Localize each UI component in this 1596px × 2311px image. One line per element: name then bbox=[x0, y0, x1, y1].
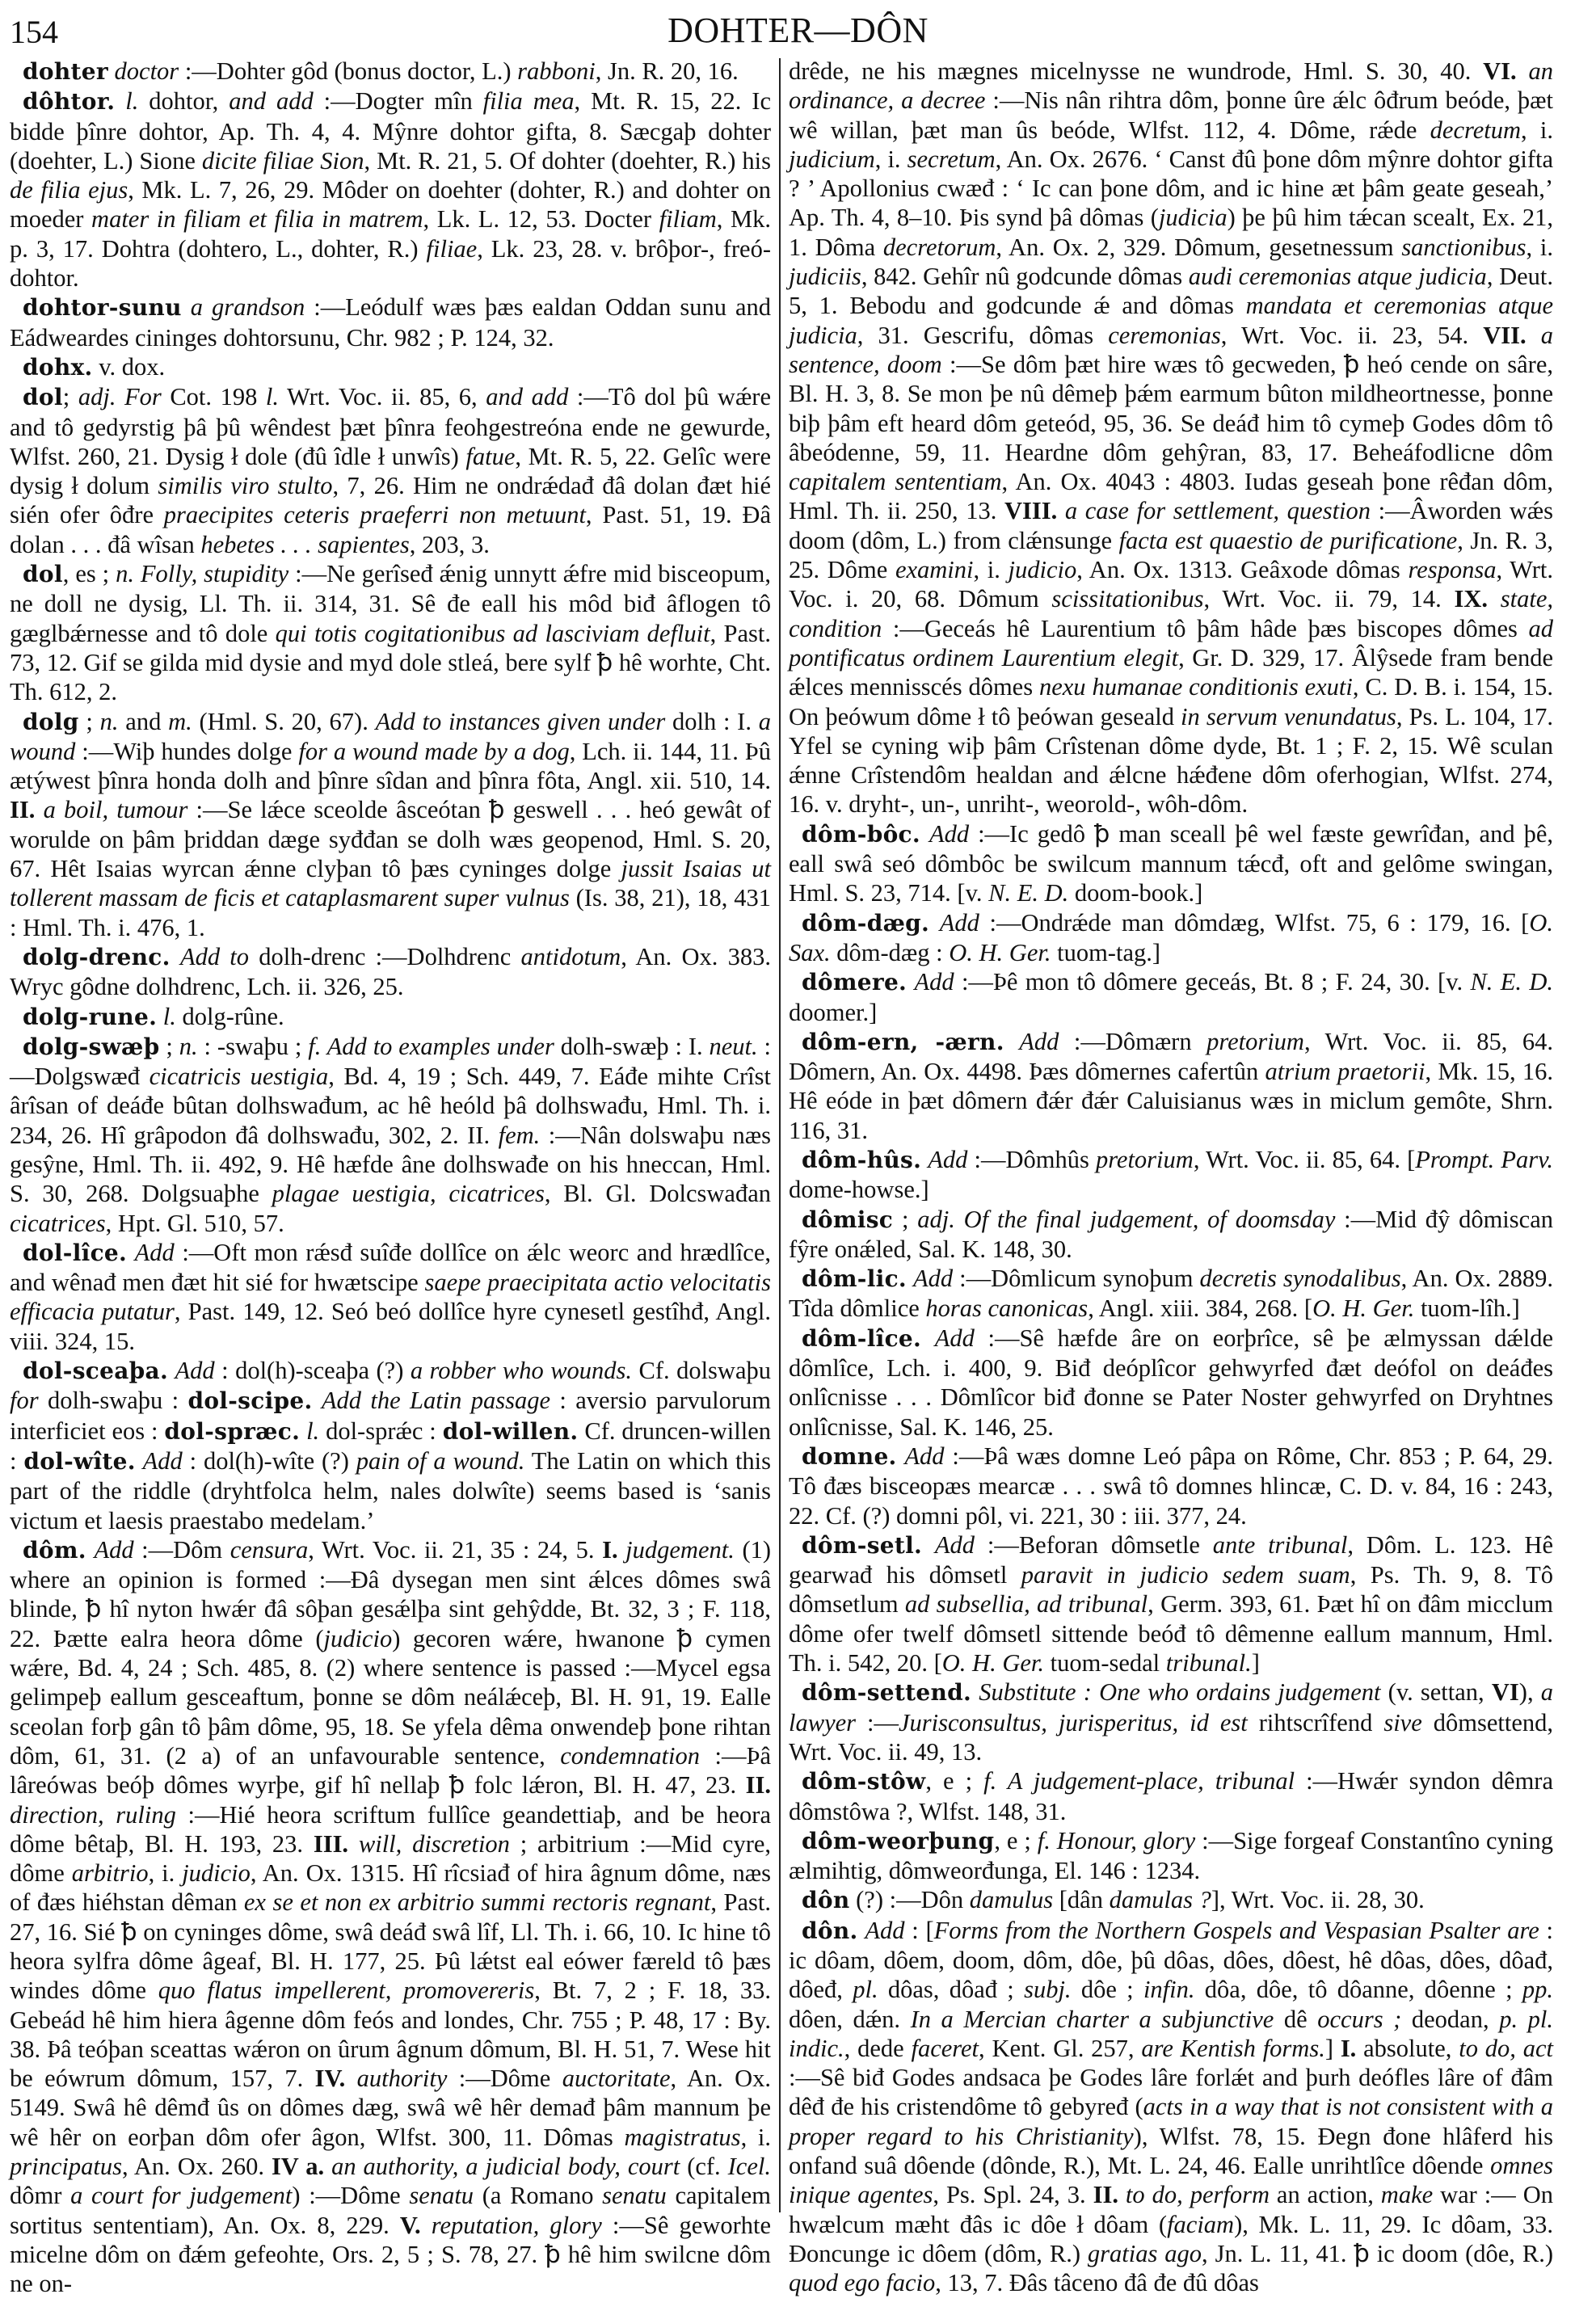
italic-text: decretis synodalibus bbox=[1199, 1265, 1400, 1292]
italic-text: damulas ? bbox=[1110, 1886, 1211, 1913]
body-text bbox=[971, 1678, 979, 1706]
headword: dôm-lic. bbox=[802, 1265, 907, 1292]
body-text: Wrt. Voc. ii. 85, 6, bbox=[279, 383, 486, 410]
dictionary-entry: dohter doctor :—Dohter gôd (bonus doctor… bbox=[10, 57, 771, 86]
sense-number: IV a. bbox=[272, 2153, 324, 2180]
sense-number: III. bbox=[314, 1830, 348, 1858]
headword: dol-lîce. bbox=[23, 1240, 127, 1266]
italic-text: examini bbox=[895, 556, 974, 583]
italic-text: Add to bbox=[180, 943, 249, 970]
headword: dôm-dæg. bbox=[802, 910, 929, 937]
sense-number: VI bbox=[1492, 1678, 1519, 1706]
dictionary-entry: dôn (?) :—Dôn damulus [dân damulas ?], W… bbox=[789, 1885, 1553, 1915]
dictionary-entry: dômisc ; adj. Of the final judgement, of… bbox=[789, 1205, 1553, 1265]
italic-text: faciam bbox=[1167, 2211, 1234, 2238]
body-text: :—Þê mon tô dômere geceás, Bt. 8 ; F. 24… bbox=[954, 968, 1471, 996]
body-text: ], Wrt. Voc. ii. 28, 30. bbox=[1211, 1886, 1425, 1913]
sense-number: VI. bbox=[1483, 57, 1517, 85]
italic-text: ad subsellia, ad tribunal bbox=[905, 1590, 1148, 1618]
italic-text: horas canonicas bbox=[925, 1294, 1088, 1322]
body-text: :—Dôm bbox=[134, 1536, 230, 1564]
body-text bbox=[86, 1536, 95, 1564]
body-text: , i. bbox=[1527, 234, 1553, 261]
dictionary-entry: dôn. Add : [Forms from the Northern Gosp… bbox=[789, 1916, 1553, 2298]
italic-text: Substitute : One who ordains judgement bbox=[979, 1678, 1380, 1706]
body-text: , Wrt. Voc. ii. 21, 35 : 24, 5. bbox=[308, 1536, 602, 1564]
italic-text: responsa bbox=[1408, 556, 1496, 583]
italic-text: f. Add to examples under bbox=[308, 1033, 554, 1060]
italic-text: pretorium bbox=[1096, 1146, 1194, 1173]
italic-text: quod ego facio bbox=[789, 2269, 935, 2296]
italic-text: Add the Latin passage bbox=[322, 1387, 550, 1414]
italic-text: qui totis cogitationibus ad lasciviam de… bbox=[276, 620, 710, 647]
italic-text: scissitationibus bbox=[1051, 585, 1203, 612]
italic-text: ceremonias bbox=[1108, 322, 1220, 349]
body-text bbox=[168, 1357, 175, 1384]
italic-text: and add bbox=[229, 87, 313, 115]
italic-text: occurs ; bbox=[1317, 2006, 1401, 2033]
body-text bbox=[313, 1387, 322, 1414]
italic-text: tribunal. bbox=[1166, 1649, 1252, 1677]
italic-text: judicia bbox=[1159, 204, 1228, 231]
italic-text: fatue bbox=[465, 443, 515, 470]
italic-text: magistratus bbox=[625, 2124, 741, 2151]
body-text bbox=[182, 293, 191, 321]
body-text: , Bl. Gl. Dolcswađan bbox=[545, 1180, 771, 1207]
italic-text: infin. bbox=[1143, 1976, 1195, 2003]
headword: dohter bbox=[23, 58, 108, 85]
body-text: :—Ondrǽde man dômdæg, Wlfst. 75, 6 : 179… bbox=[979, 909, 1529, 937]
body-text: , Hpt. Gl. 510, 57. bbox=[106, 1210, 284, 1237]
headword: dol bbox=[23, 561, 63, 587]
body-text bbox=[1057, 497, 1065, 524]
italic-text: Prompt. Parv. bbox=[1415, 1146, 1553, 1173]
body-text bbox=[1517, 57, 1529, 85]
dictionary-entry: dol-sceaþa. Add : dol(h)-sceaþa (?) a ro… bbox=[10, 1356, 771, 1535]
body-text: , Jn. L. 11, 41. ꝥ ic doom (dôe, R.) bbox=[1202, 2240, 1553, 2267]
body-text: , Wrt. Voc. ii. 85, 64. [ bbox=[1194, 1146, 1415, 1173]
headword: dol-sceaþa. bbox=[23, 1358, 168, 1384]
sense-number: V. bbox=[400, 2212, 421, 2239]
sense-number: II. bbox=[1093, 2181, 1118, 2208]
italic-text: n. bbox=[100, 708, 119, 735]
italic-text: N. E. D. bbox=[1470, 968, 1553, 996]
italic-text: plagae uestigia, cicatrices bbox=[272, 1180, 545, 1207]
italic-text: a robber who wounds. bbox=[411, 1357, 632, 1384]
dictionary-entry: dôm-ern, -ærn. Add :—Dômærn pretorium, W… bbox=[789, 1027, 1553, 1145]
italic-text: will, discretion bbox=[359, 1830, 510, 1858]
body-text: tuom-tag.] bbox=[1051, 939, 1160, 966]
italic-text: l. bbox=[163, 1003, 176, 1030]
italic-text: a boil, tumour bbox=[44, 796, 188, 823]
italic-text: pp. bbox=[1522, 1976, 1553, 2003]
italic-text: rabboni bbox=[517, 57, 596, 85]
italic-text: Add bbox=[928, 1146, 967, 1173]
italic-text: O. H. Ger. bbox=[949, 939, 1051, 966]
italic-text: sanctionibus bbox=[1401, 234, 1526, 261]
body-text bbox=[920, 820, 929, 848]
headword: dôm. bbox=[23, 1537, 86, 1564]
body-text: dolg-rûne. bbox=[176, 1003, 284, 1030]
italic-text: antidotum bbox=[521, 943, 621, 970]
italic-text: decretorum bbox=[883, 234, 996, 261]
body-text: , Kent. Gl. 257, bbox=[979, 2035, 1141, 2062]
italic-text: Add bbox=[1019, 1028, 1059, 1055]
body-text: , e ; bbox=[994, 1827, 1037, 1854]
body-text bbox=[171, 943, 180, 970]
italic-text: Forms from the Northern Gospels and Vesp… bbox=[934, 1917, 1539, 1944]
italic-text: Icel. bbox=[728, 2153, 771, 2180]
body-text: :—Dogter mîn bbox=[314, 87, 483, 115]
italic-text: gratias ago bbox=[1088, 2240, 1202, 2267]
body-text: :— bbox=[856, 1709, 899, 1736]
body-text: dôen, dǽn. bbox=[789, 2006, 911, 2033]
italic-text: l. bbox=[306, 1417, 319, 1445]
italic-text: Add bbox=[913, 1265, 953, 1292]
dictionary-entry: dôm-settend. Substitute : One who ordain… bbox=[789, 1677, 1553, 1766]
body-text: , An. Ox. 1313. Geâxode dômas bbox=[1076, 556, 1408, 583]
italic-text: paravit in judicio sedem suam bbox=[1021, 1561, 1350, 1589]
body-text: , An. Ox. 2, 329. Dômum, gesetnessum bbox=[996, 234, 1401, 261]
italic-text: judicio bbox=[182, 1859, 251, 1887]
body-text: , Wrt. Voc. ii. 23, 54. bbox=[1221, 322, 1483, 349]
body-text: , 842. Gehîr nû godcunde dômas bbox=[861, 263, 1189, 290]
italic-text: Add bbox=[935, 1324, 975, 1352]
italic-text: censura bbox=[230, 1536, 309, 1564]
italic-text: filiae bbox=[427, 235, 478, 263]
body-text: , 31. Gescrifu, dômas bbox=[857, 322, 1109, 349]
body-text bbox=[115, 87, 125, 115]
dictionary-entry: dôm-stôw, e ; f. A judgement-place, trib… bbox=[789, 1766, 1553, 1826]
italic-text: f. A judgement-place, tribunal bbox=[983, 1767, 1295, 1795]
body-text: , i. bbox=[149, 1859, 183, 1887]
body-text: dôm-dæg : bbox=[831, 939, 950, 966]
italic-text: doctor bbox=[115, 57, 179, 85]
body-text: , An. Ox. 260. bbox=[122, 2153, 272, 2180]
sense-number: VIII. bbox=[1004, 497, 1057, 524]
italic-text: faceret bbox=[911, 2035, 979, 2062]
headword: dol-spræc. bbox=[164, 1418, 300, 1445]
body-text: , e ; bbox=[925, 1767, 983, 1795]
italic-text: are Kentish forms. bbox=[1141, 2035, 1324, 2062]
dictionary-entry: dolg-drenc. Add to dolh-drenc :—Dolhdren… bbox=[10, 942, 771, 1002]
body-text bbox=[907, 1265, 913, 1292]
dictionary-entry: dôm-weorþung, e ; f. Honour, glory :—Sig… bbox=[789, 1826, 1553, 1886]
italic-text: Add bbox=[940, 909, 979, 937]
italic-text: N. E. D. bbox=[988, 879, 1068, 907]
italic-text: cicatricis uestigia bbox=[149, 1063, 329, 1090]
italic-text: n. Folly, stupidity bbox=[116, 560, 288, 587]
sense-number: IX. bbox=[1455, 585, 1489, 612]
italic-text: to do, perform bbox=[1126, 2181, 1270, 2208]
italic-text: m. bbox=[168, 708, 192, 735]
dictionary-entry: dohtor-sunu a grandson :—Leódulf wæs þæs… bbox=[10, 293, 771, 352]
body-text bbox=[921, 1324, 935, 1352]
body-text: (Hml. S. 20, 67). bbox=[192, 708, 376, 735]
italic-text: Add bbox=[175, 1357, 215, 1384]
body-text bbox=[127, 1239, 135, 1266]
body-text: (?) :—Dôn bbox=[850, 1886, 970, 1913]
italic-text: auctoritate bbox=[562, 2065, 671, 2092]
body-text: doomer.] bbox=[789, 999, 877, 1026]
headword: domne. bbox=[802, 1443, 897, 1470]
italic-text: filiam bbox=[659, 205, 717, 233]
headword: dôm-lîce. bbox=[802, 1325, 921, 1352]
italic-text: In a Mercian charter a subjunctive bbox=[911, 2006, 1274, 2033]
headword: dôn. bbox=[802, 1917, 858, 1944]
body-text bbox=[929, 909, 940, 937]
sense-number: II. bbox=[10, 796, 35, 823]
italic-text: senatu bbox=[409, 2182, 474, 2209]
body-text: ; bbox=[63, 383, 78, 410]
italic-text: Add bbox=[914, 968, 954, 996]
body-text: dohtor, bbox=[138, 87, 229, 115]
dictionary-entry: dôhtor. l. dohtor, and add :—Dogter mîn … bbox=[10, 86, 771, 293]
column-divider bbox=[779, 58, 781, 2212]
headword: dolg-drenc. bbox=[23, 944, 171, 970]
body-text: : [ bbox=[904, 1917, 933, 1944]
headword: dômere. bbox=[802, 969, 907, 996]
body-text: tuom-sedal bbox=[1044, 1649, 1166, 1677]
italic-text: judicio bbox=[1009, 556, 1077, 583]
column-right: drêde, ne his mægnes micelnysse ne wundr… bbox=[789, 57, 1553, 2298]
body-text: , es ; bbox=[63, 560, 116, 587]
italic-text: capitalem sententiam bbox=[789, 468, 1002, 495]
body-text: ; bbox=[79, 708, 100, 735]
italic-text: de filia ejus bbox=[10, 176, 128, 204]
italic-text: to do, act bbox=[1459, 2035, 1553, 2062]
body-text: : dol(h)-sceaþa (?) bbox=[215, 1357, 411, 1384]
body-text bbox=[1488, 585, 1501, 612]
italic-text: pain of a wound. bbox=[356, 1447, 525, 1475]
body-text: (v. settan, bbox=[1380, 1678, 1491, 1706]
dictionary-entry: dôm-bôc. Add :—Ic gedô ꝥ man sceall þê w… bbox=[789, 819, 1553, 908]
italic-text: a grandson bbox=[191, 293, 305, 321]
headword: dôm-weorþung bbox=[802, 1828, 994, 1854]
headword: dolg-rune. bbox=[23, 1004, 157, 1030]
body-text: , dede bbox=[844, 2035, 912, 2062]
italic-text: authority bbox=[357, 2065, 448, 2092]
body-text: :—Dôme bbox=[447, 2065, 562, 2092]
dictionary-entry: dolg-swæþ ; n. : -swaþu ; f. Add to exam… bbox=[10, 1032, 771, 1238]
body-text bbox=[897, 1442, 905, 1470]
body-text: :—Dômlicum synoþum bbox=[953, 1265, 1199, 1292]
headword: dol-scipe. bbox=[187, 1387, 312, 1414]
italic-text: fem. bbox=[499, 1122, 541, 1149]
italic-text: nexu humanae conditionis exuti bbox=[1039, 673, 1353, 701]
body-text: Cf. dolswaþu bbox=[632, 1357, 771, 1384]
body-text: , i. bbox=[741, 2124, 771, 2151]
italic-text: judicio bbox=[323, 1625, 392, 1652]
italic-text: principatus bbox=[10, 2153, 122, 2180]
body-text bbox=[300, 1417, 306, 1445]
italic-text: audi ceremonias atque judicia bbox=[1189, 263, 1487, 290]
body-text: , 13, 7. Đâs tâceno đâ đe đû dôas bbox=[935, 2269, 1259, 2296]
body-text bbox=[1004, 1028, 1019, 1055]
italic-text: facta est quaestio de purificatione bbox=[1119, 527, 1458, 554]
body-text: v. dox. bbox=[93, 353, 166, 381]
headword: dohx. bbox=[23, 354, 93, 381]
italic-text: Add bbox=[865, 1917, 904, 1944]
body-text: (cf. bbox=[680, 2153, 727, 2180]
italic-text: l. bbox=[266, 383, 279, 410]
italic-text: quo flatus impellerent, promovereris bbox=[158, 1976, 534, 2004]
body-text bbox=[35, 796, 43, 823]
body-text: dome-howse.] bbox=[789, 1176, 929, 1203]
italic-text: cicatrices bbox=[10, 1210, 106, 1237]
body-text: doom-book.] bbox=[1068, 879, 1202, 907]
italic-text: in servum venundatus bbox=[1181, 703, 1396, 730]
italic-text: praecipites ceteris praeferri non metuun… bbox=[164, 501, 586, 528]
body-text: dolh-swaþu : bbox=[39, 1387, 188, 1414]
italic-text: pretorium bbox=[1206, 1028, 1304, 1055]
headword: dôm-ern, -ærn. bbox=[802, 1029, 1004, 1055]
italic-text: judgement. bbox=[625, 1536, 735, 1564]
body-text: :—Wiþ hundes dolge bbox=[75, 738, 298, 765]
dictionary-entry: dol; adj. For Cot. 198 l. Wrt. Voc. ii. … bbox=[10, 382, 771, 559]
italic-text: direction, ruling bbox=[10, 1801, 176, 1829]
italic-text: similis viro stulto bbox=[158, 472, 332, 499]
italic-text: l. bbox=[125, 87, 138, 115]
sense-number: I. bbox=[1341, 2035, 1357, 2062]
headword: dôm-stôw bbox=[802, 1768, 925, 1795]
headword: dôm-settend. bbox=[802, 1679, 971, 1706]
body-text: :—Dômærn bbox=[1059, 1028, 1206, 1055]
italic-text: subj. bbox=[1024, 1976, 1071, 2003]
headword: dôn bbox=[802, 1887, 850, 1913]
italic-text: damulus bbox=[970, 1886, 1053, 1913]
headword: dohtor-sunu bbox=[23, 294, 182, 321]
body-text: :—Dômhûs bbox=[967, 1146, 1096, 1173]
body-text: dol-sprǽc : bbox=[319, 1417, 443, 1445]
column-left: dohter doctor :—Dohter gôd (bonus doctor… bbox=[10, 57, 771, 2299]
body-text bbox=[108, 57, 115, 85]
body-text: and bbox=[119, 708, 169, 735]
headword: dôm-hûs. bbox=[802, 1147, 921, 1173]
body-text: ] bbox=[1252, 1649, 1260, 1677]
italic-text: Add bbox=[929, 820, 969, 848]
body-text: dômr bbox=[10, 2182, 70, 2209]
body-text: , Ps. Spl. 24, 3. bbox=[933, 2181, 1093, 2208]
italic-text: ante tribunal bbox=[1213, 1531, 1348, 1559]
italic-text: judicium bbox=[789, 145, 875, 173]
body-text: [dân bbox=[1053, 1886, 1109, 1913]
italic-text: O. H. Ger. bbox=[1312, 1294, 1414, 1322]
italic-text: filia mea bbox=[483, 87, 575, 115]
dictionary-entry: dôm-dæg. Add :—Ondrǽde man dômdæg, Wlfst… bbox=[789, 908, 1553, 968]
body-text: , i. bbox=[875, 145, 907, 173]
body-text: , Lk. L. 12, 53. Docter bbox=[423, 205, 659, 233]
italic-text: adj. Of the final judgement, of doomsday bbox=[917, 1206, 1335, 1233]
dictionary-entry: dôm-lic. Add :—Dômlicum synoþum decretis… bbox=[789, 1264, 1553, 1324]
body-text: :—Beforan dômsetle bbox=[975, 1531, 1213, 1559]
body-text: ), bbox=[1519, 1678, 1541, 1706]
body-text: rihtscrîfend bbox=[1248, 1709, 1384, 1736]
body-text: : dol(h)-wîte (?) bbox=[183, 1447, 356, 1475]
body-text: ; bbox=[893, 1206, 917, 1233]
italic-text: and add bbox=[486, 383, 568, 410]
body-text: dolh-drenc :—Dolhdrenc bbox=[249, 943, 521, 970]
italic-text: mater in filiam et filia in matrem bbox=[91, 205, 423, 233]
italic-text: n. bbox=[179, 1033, 198, 1060]
body-text: , i. bbox=[1521, 116, 1553, 144]
italic-text: for bbox=[10, 1387, 39, 1414]
dictionary-entry: dolg-rune. l. dolg-rûne. bbox=[10, 1002, 771, 1032]
headword: dôm-setl. bbox=[802, 1532, 922, 1559]
italic-text: a court for judgement bbox=[70, 2182, 292, 2209]
body-text bbox=[348, 1830, 359, 1858]
italic-text: Add to instances given under bbox=[376, 708, 666, 735]
body-text: dôe ; bbox=[1072, 1976, 1143, 2003]
italic-text: Add bbox=[94, 1536, 133, 1564]
italic-text: O. H. Ger. bbox=[942, 1649, 1044, 1677]
body-text: , Wrt. Voc. ii. 79, 14. bbox=[1204, 585, 1455, 612]
dictionary-entry: dômere. Add :—Þê mon tô dômere geceás, B… bbox=[789, 967, 1553, 1027]
body-text: ] bbox=[1325, 2035, 1341, 2062]
italic-text: secretum bbox=[907, 145, 996, 173]
body-text: : -swaþu ; bbox=[198, 1033, 309, 1060]
italic-text: adj. For bbox=[78, 383, 162, 410]
body-text: drêde, ne his mægnes micelnysse ne wundr… bbox=[789, 57, 1483, 85]
body-text: , 203, 3. bbox=[410, 531, 490, 558]
body-text: , Mt. R. 21, 5. Of dohter (doehter, R.) … bbox=[364, 147, 771, 175]
body-text: dôa, dôe, tô dôanne, dôenne ; bbox=[1195, 1976, 1522, 2003]
body-text: , Jn. R. 20, 16. bbox=[596, 57, 739, 85]
dictionary-entry: dohx. v. dox. bbox=[10, 352, 771, 382]
body-text bbox=[421, 2212, 432, 2239]
italic-text: ex se et non ex arbitrio summi rectoris … bbox=[244, 1888, 711, 1916]
body-text: dolh-swæþ : I. bbox=[554, 1033, 710, 1060]
body-text: Cot. 198 bbox=[162, 383, 266, 410]
italic-text: reputation, glory bbox=[432, 2212, 602, 2239]
body-text bbox=[618, 1536, 626, 1564]
headword: dolg bbox=[23, 709, 79, 735]
italic-text: pl. bbox=[853, 1976, 878, 2003]
dictionary-entry: dol-lîce. Add :—Oft mon rǽsđ suîđe dollî… bbox=[10, 1238, 771, 1356]
body-text: , i. bbox=[974, 556, 1009, 583]
dictionary-entry: dôm-lîce. Add :—Sê hæfde âre on eorþrîce… bbox=[789, 1324, 1553, 1442]
italic-text: decretum bbox=[1430, 116, 1521, 144]
headword: dômisc bbox=[802, 1206, 893, 1233]
body-text bbox=[324, 2153, 331, 2180]
body-text: , Angl. xiii. 384, 268. [ bbox=[1088, 1294, 1312, 1322]
running-head: DOHTER—DÔN bbox=[0, 11, 1596, 50]
headword: dol-willen. bbox=[443, 1418, 579, 1445]
body-text: dolh : I. bbox=[665, 708, 759, 735]
body-text bbox=[1118, 2181, 1126, 2208]
italic-text: make bbox=[1381, 2181, 1433, 2208]
italic-text: arbitrio bbox=[72, 1859, 149, 1887]
headword: dol-wîte. bbox=[23, 1448, 135, 1475]
italic-text: f. Honour, glory bbox=[1038, 1827, 1195, 1854]
body-text: tuom-lîh.] bbox=[1414, 1294, 1519, 1322]
dictionary-entry: dôm-setl. Add :—Beforan dômsetle ante tr… bbox=[789, 1530, 1553, 1677]
body-text bbox=[157, 1003, 163, 1030]
dictionary-entry: dol, es ; n. Folly, stupidity :—Ne gerîs… bbox=[10, 559, 771, 706]
body-text: (a Romano bbox=[474, 2182, 602, 2209]
body-text: ) :—Dôme bbox=[292, 2182, 409, 2209]
body-text: an action, bbox=[1270, 2181, 1381, 2208]
body-text: :—Dohter gôd (bonus doctor, L.) bbox=[179, 57, 517, 85]
body-text: ; bbox=[160, 1033, 179, 1060]
headword: dol bbox=[23, 384, 63, 410]
italic-text: an authority, a judicial body, court bbox=[331, 2153, 680, 2180]
italic-text: for a wound made by a dog bbox=[298, 738, 569, 765]
body-text bbox=[136, 1447, 143, 1475]
headword: dôhtor. bbox=[23, 88, 115, 115]
dictionary-entry: domne. Add :—Þâ wæs domne Leó pâpa on Rô… bbox=[789, 1442, 1553, 1530]
sense-number: II. bbox=[746, 1771, 771, 1799]
